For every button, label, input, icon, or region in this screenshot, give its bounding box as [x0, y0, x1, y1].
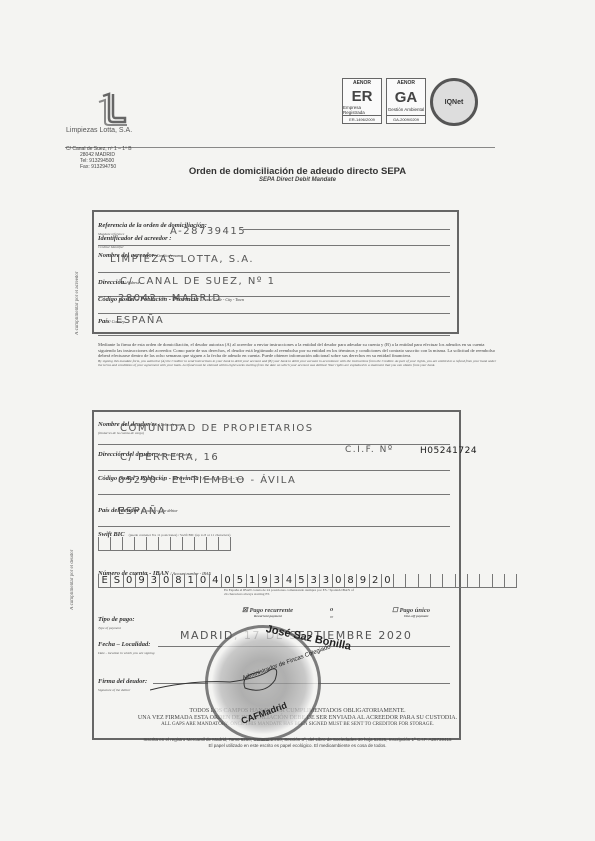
- legal-text-en: By signing this mandate form, you author…: [98, 359, 498, 368]
- debtor-country-value: ESPAÑA: [118, 506, 166, 517]
- iban-cell[interactable]: [442, 574, 454, 588]
- iban-cell[interactable]: 3: [147, 574, 159, 588]
- swift-bic-cells[interactable]: [98, 537, 231, 551]
- iban-cell[interactable]: 8: [172, 574, 184, 588]
- iban-cell[interactable]: 9: [258, 574, 270, 588]
- page-title: Orden de domiciliación de adeudo directo…: [0, 166, 595, 177]
- cert-caption: Gestión Ambiental: [388, 107, 425, 112]
- iban-cell[interactable]: [418, 574, 430, 588]
- field-label: Identificador del acreedor :: [98, 235, 171, 242]
- debtor-postal-value: 05290 - EL TIEMBLO - ÁVILA: [118, 475, 296, 486]
- iban-cell[interactable]: 0: [332, 574, 344, 588]
- iban-cell[interactable]: 9: [356, 574, 368, 588]
- iban-cell[interactable]: 0: [159, 574, 171, 588]
- creditor-address-value: C/ CANAL DE SUEZ, Nº 1: [120, 276, 276, 287]
- cert-org: AENOR: [353, 80, 371, 86]
- option-label-en: One-off payment: [404, 614, 430, 618]
- field-label: Fecha – Localidad:: [98, 641, 150, 648]
- recurrent-checkbox-icon[interactable]: ☒: [242, 607, 248, 614]
- cert-caption: Empresa Registrada: [343, 105, 381, 115]
- iban-cell[interactable]: 0: [381, 574, 393, 588]
- legal-text-es: Mediante la firma de esta orden de domic…: [98, 342, 498, 359]
- iban-cell[interactable]: [467, 574, 479, 588]
- recurrent-payment-option[interactable]: ☒ Pago recurrente Recurrent payment: [242, 606, 293, 618]
- iban-cell[interactable]: 3: [307, 574, 319, 588]
- iban-cell[interactable]: [504, 574, 517, 588]
- company-name: Limpiezas Lotta, S.A.: [66, 127, 132, 134]
- field-line: [98, 494, 450, 495]
- signature-scribble-icon: [150, 660, 300, 700]
- field-label: Firma del deudor:: [98, 678, 147, 685]
- iban-cell[interactable]: 2: [369, 574, 381, 588]
- legal-text: Mediante la firma de esta orden de domic…: [98, 342, 498, 368]
- iban-note: En España el IBAN consta de 24 posicione…: [224, 588, 354, 596]
- iban-cell[interactable]: [492, 574, 504, 588]
- iban-cell[interactable]: 0: [196, 574, 208, 588]
- certification-badges: AENOR ER Empresa Registrada ER-1496/2009…: [342, 78, 478, 126]
- iban-input[interactable]: ES0930810405193453308920: [98, 574, 517, 588]
- iban-cell[interactable]: 4: [209, 574, 221, 588]
- creditor-identifier-value: A-28739415: [170, 226, 246, 237]
- iban-cell[interactable]: [430, 574, 442, 588]
- iqnet-badge-icon: IQNet: [430, 78, 478, 126]
- iban-cell[interactable]: S: [110, 574, 122, 588]
- debtor-name-value: COMUNIDAD DE PROPIETARIOS: [120, 423, 314, 434]
- creditor-postal-value: 28042 - MADRID: [118, 293, 222, 304]
- or-label: o: [330, 606, 333, 613]
- iban-cell[interactable]: 8: [344, 574, 356, 588]
- ga-icon: GA: [393, 87, 419, 107]
- iban-cell[interactable]: E: [98, 574, 110, 588]
- field-label: País: [98, 318, 110, 325]
- cert-org: AENOR: [397, 80, 415, 86]
- iban-cell[interactable]: 3: [319, 574, 331, 588]
- iban-cell[interactable]: [405, 574, 417, 588]
- registry-text: Inscrita en el registro Mercantil de Mad…: [0, 737, 595, 742]
- iban-cell[interactable]: 9: [135, 574, 147, 588]
- field-line: [98, 335, 450, 336]
- cif-value: H05241724: [420, 446, 477, 456]
- iban-cell[interactable]: 5: [233, 574, 245, 588]
- one-off-checkbox-icon[interactable]: ☐: [392, 607, 398, 614]
- option-label: Pago único: [399, 607, 430, 614]
- iban-cell[interactable]: 0: [221, 574, 233, 588]
- field-label: Tipo de pago:: [98, 616, 135, 623]
- iban-cell[interactable]: 4: [282, 574, 294, 588]
- creditor-country-value: ESPAÑA: [116, 315, 164, 326]
- option-label: Pago recurrente: [249, 607, 293, 614]
- debtor-address-value: C/ FERRERA, 16: [120, 452, 219, 463]
- creditor-side-label: A cumplimentar por el acreedor: [75, 220, 80, 335]
- cert-code: GA-2009/0209: [387, 115, 425, 123]
- eco-text: El papel utilizado en este escrito es pa…: [0, 743, 595, 748]
- aenor-ga-badge: AENOR GA Gestión Ambiental GA-2009/0209: [386, 78, 426, 124]
- cif-label: C.I.F. Nº: [345, 445, 394, 455]
- creditor-name-value: LIMPIEZAS LOTTA, S.A.: [110, 254, 254, 265]
- iban-cell[interactable]: 1: [246, 574, 258, 588]
- aenor-er-badge: AENOR ER Empresa Registrada ER-1496/2009: [342, 78, 382, 124]
- iban-cell[interactable]: 3: [270, 574, 282, 588]
- iban-cell[interactable]: 0: [123, 574, 135, 588]
- one-off-payment-option[interactable]: ☐ Pago único One-off payment: [392, 606, 430, 618]
- er-icon: ER: [349, 87, 375, 105]
- debtor-side-label: A cumplimentar por el deudor: [70, 460, 75, 610]
- iban-cell[interactable]: 1: [184, 574, 196, 588]
- iban-cell[interactable]: [455, 574, 467, 588]
- iban-cell[interactable]: [393, 574, 405, 588]
- iban-cell[interactable]: [479, 574, 491, 588]
- page-subtitle: SEPA Direct Debit Mandate: [0, 177, 595, 183]
- or-label-en: or: [330, 615, 333, 619]
- company-logo-icon: [95, 92, 131, 126]
- option-label-en: Recurrent payment: [254, 614, 293, 618]
- cert-code: ER-1496/2009: [343, 115, 381, 123]
- iban-cell[interactable]: 5: [295, 574, 307, 588]
